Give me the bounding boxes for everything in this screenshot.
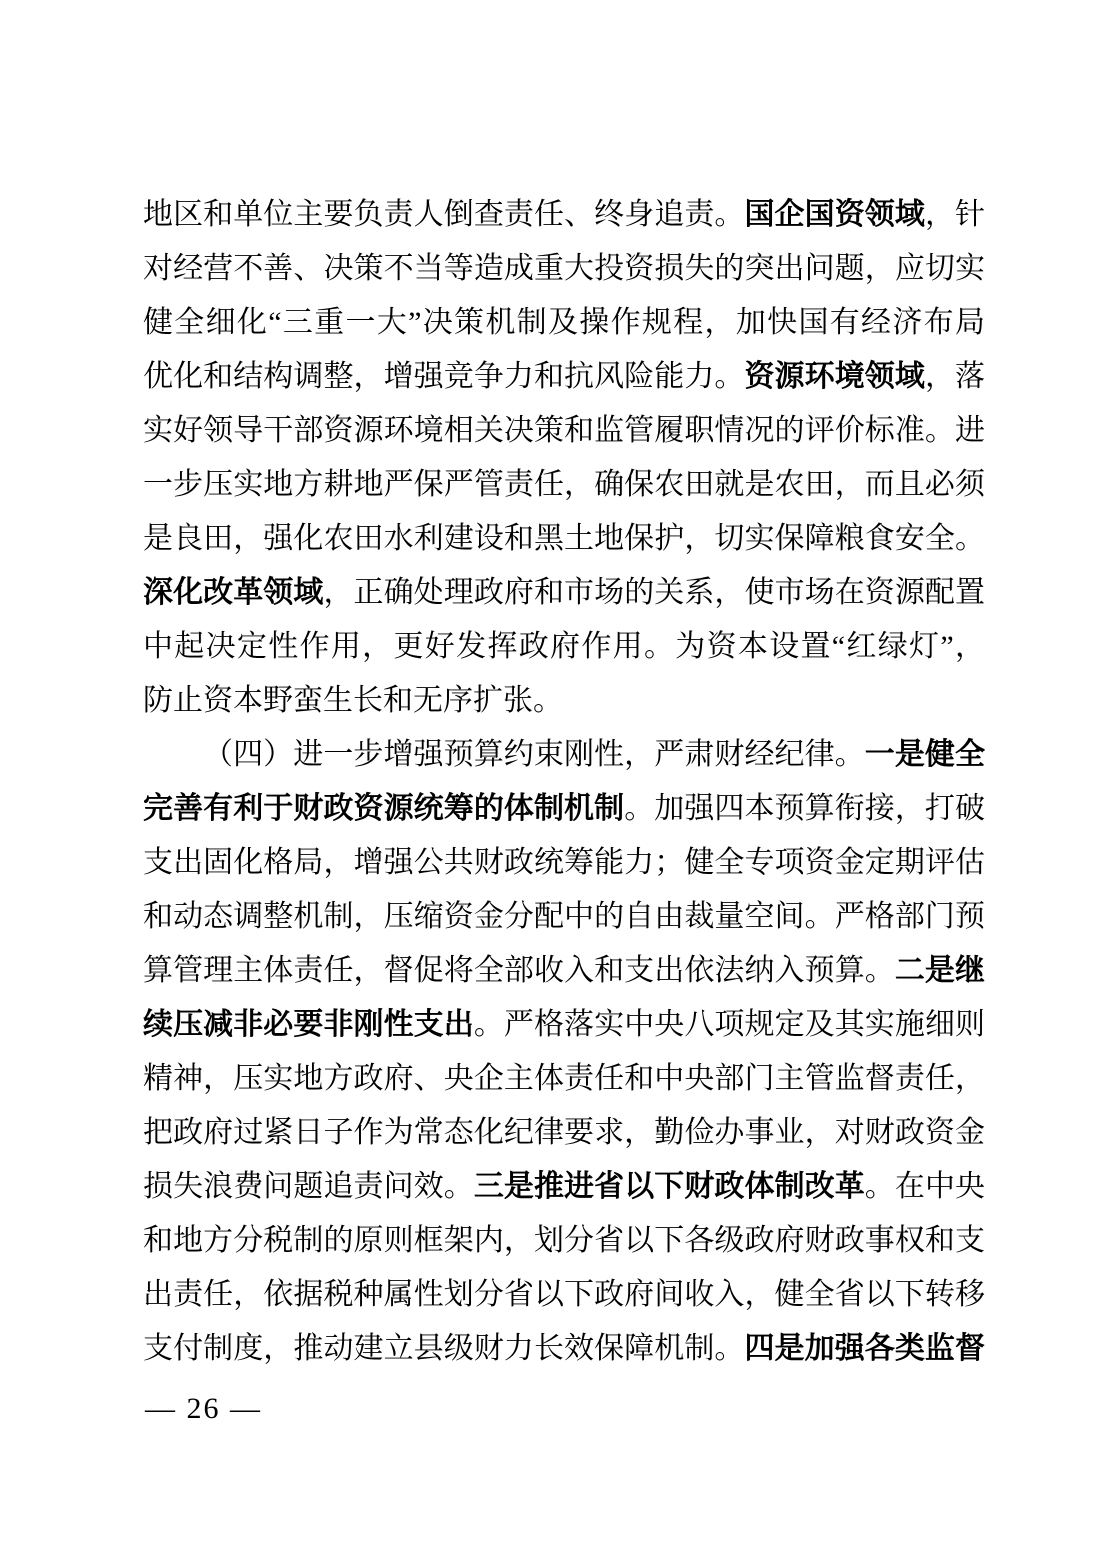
body-text-segment: 。在中央 bbox=[865, 1170, 985, 1203]
emphasis-text: 续压减非必要非刚性支出 bbox=[143, 1008, 474, 1041]
subheading-text: （四）进一步增强预算约束刚性，严肃财经纪律。 bbox=[203, 738, 865, 771]
text-line: 支出固化格局，增强公共财政统筹能力；健全专项资金定期评估 bbox=[143, 836, 985, 890]
body-text-segment: 和地方分税制的原则框架内，划分省以下各级政府财政事权和支 bbox=[143, 1224, 985, 1257]
emphasis-text: 四是加强各类监督 bbox=[744, 1332, 985, 1365]
body-text-segment: 对经营不善、决策不当等造成重大投资损失的突出问题，应切实 bbox=[143, 252, 985, 285]
emphasis-text: 国企国资领域 bbox=[744, 198, 924, 231]
emphasis-text: 三是推进省以下财政体制改革 bbox=[474, 1170, 865, 1203]
body-text-segment: 是良田，强化农田水利建设和黑土地保护，切实保障粮食安全。 bbox=[143, 522, 985, 555]
text-line: 深化改革领域，正确处理政府和市场的关系，使市场在资源配置 bbox=[143, 566, 985, 620]
document-page: 地区和单位主要负责人倒查责任、终身追责。国企国资领域，针对经营不善、决策不当等造… bbox=[0, 0, 1102, 1559]
text-line: 把政府过紧日子作为常态化纪律要求，勤俭办事业，对财政资金 bbox=[143, 1106, 985, 1160]
body-text-segment: ，针 bbox=[925, 198, 985, 231]
body-text-segment: 健全细化“三重一大”决策机制及操作规程，加快国有经济布局 bbox=[143, 306, 985, 339]
emphasis-text: 资源环境领域 bbox=[744, 360, 924, 393]
body-text-segment: 中起决定性作用，更好发挥政府作用。为资本设置“红绿灯”， bbox=[143, 630, 985, 663]
text-line: 损失浪费问题追责问效。三是推进省以下财政体制改革。在中央 bbox=[143, 1160, 985, 1214]
text-line: 完善有利于财政资源统筹的体制机制。加强四本预算衔接，打破 bbox=[143, 782, 985, 836]
body-text-segment: 优化和结构调整，增强竞争力和抗风险能力。 bbox=[143, 360, 744, 393]
body-text-segment: 和动态调整机制，压缩资金分配中的自由裁量空间。严格部门预 bbox=[143, 900, 985, 933]
body-text-segment: 。加强四本预算衔接，打破 bbox=[624, 792, 985, 825]
body-text-segment: 精神，压实地方政府、央企主体责任和中央部门主管监督责任， bbox=[143, 1062, 985, 1095]
text-line: 和动态调整机制，压缩资金分配中的自由裁量空间。严格部门预 bbox=[143, 890, 985, 944]
body-text-segment: 实好领导干部资源环境相关决策和监管履职情况的评价标准。进 bbox=[143, 414, 985, 447]
body-text-segment: 支付制度，推动建立县级财力长效保障机制。 bbox=[143, 1332, 744, 1365]
text-line: 算管理主体责任，督促将全部收入和支出依法纳入预算。二是继 bbox=[143, 944, 985, 998]
text-line: 续压减非必要非刚性支出。严格落实中央八项规定及其实施细则 bbox=[143, 998, 985, 1052]
body-text-segment: 损失浪费问题追责问效。 bbox=[143, 1170, 474, 1203]
text-line: 精神，压实地方政府、央企主体责任和中央部门主管监督责任， bbox=[143, 1052, 985, 1106]
text-line: 支付制度，推动建立县级财力长效保障机制。四是加强各类监督 bbox=[143, 1322, 985, 1376]
emphasis-text: 深化改革领域 bbox=[143, 576, 323, 609]
text-line: 地区和单位主要负责人倒查责任、终身追责。国企国资领域，针 bbox=[143, 188, 985, 242]
text-line: 防止资本野蛮生长和无序扩张。 bbox=[143, 674, 985, 728]
body-text-segment: 防止资本野蛮生长和无序扩张。 bbox=[143, 684, 563, 717]
text-line: 出责任，依据税种属性划分省以下政府间收入，健全省以下转移 bbox=[143, 1268, 985, 1322]
text-line: 中起决定性作用，更好发挥政府作用。为资本设置“红绿灯”， bbox=[143, 620, 985, 674]
text-line: 优化和结构调整，增强竞争力和抗风险能力。资源环境领域，落 bbox=[143, 350, 985, 404]
body-text-segment: 支出固化格局，增强公共财政统筹能力；健全专项资金定期评估 bbox=[143, 846, 985, 879]
emphasis-text: 一是健全 bbox=[865, 738, 985, 771]
page-number: — 26 — bbox=[145, 1392, 262, 1426]
body-text-segment: 算管理主体责任，督促将全部收入和支出依法纳入预算。 bbox=[143, 954, 895, 987]
body-text-segment: 地区和单位主要负责人倒查责任、终身追责。 bbox=[143, 198, 744, 231]
text-line: 和地方分税制的原则框架内，划分省以下各级政府财政事权和支 bbox=[143, 1214, 985, 1268]
text-line: （四）进一步增强预算约束刚性，严肃财经纪律。一是健全 bbox=[143, 728, 985, 782]
text-line: 对经营不善、决策不当等造成重大投资损失的突出问题，应切实 bbox=[143, 242, 985, 296]
body-text: 地区和单位主要负责人倒查责任、终身追责。国企国资领域，针对经营不善、决策不当等造… bbox=[143, 188, 985, 1376]
body-text-segment: 把政府过紧日子作为常态化纪律要求，勤俭办事业，对财政资金 bbox=[143, 1116, 985, 1149]
body-text-segment: 一步压实地方耕地严保严管责任，确保农田就是农田，而且必须 bbox=[143, 468, 985, 501]
body-text-segment: ，正确处理政府和市场的关系，使市场在资源配置 bbox=[323, 576, 985, 609]
body-text-segment: 。严格落实中央八项规定及其实施细则 bbox=[474, 1008, 985, 1041]
body-text-segment: 出责任，依据税种属性划分省以下政府间收入，健全省以下转移 bbox=[143, 1278, 985, 1311]
body-text-segment: ，落 bbox=[925, 360, 985, 393]
text-line: 是良田，强化农田水利建设和黑土地保护，切实保障粮食安全。 bbox=[143, 512, 985, 566]
text-line: 实好领导干部资源环境相关决策和监管履职情况的评价标准。进 bbox=[143, 404, 985, 458]
text-line: 一步压实地方耕地严保严管责任，确保农田就是农田，而且必须 bbox=[143, 458, 985, 512]
emphasis-text: 完善有利于财政资源统筹的体制机制 bbox=[143, 792, 624, 825]
emphasis-text: 二是继 bbox=[895, 954, 985, 987]
text-line: 健全细化“三重一大”决策机制及操作规程，加快国有经济布局 bbox=[143, 296, 985, 350]
